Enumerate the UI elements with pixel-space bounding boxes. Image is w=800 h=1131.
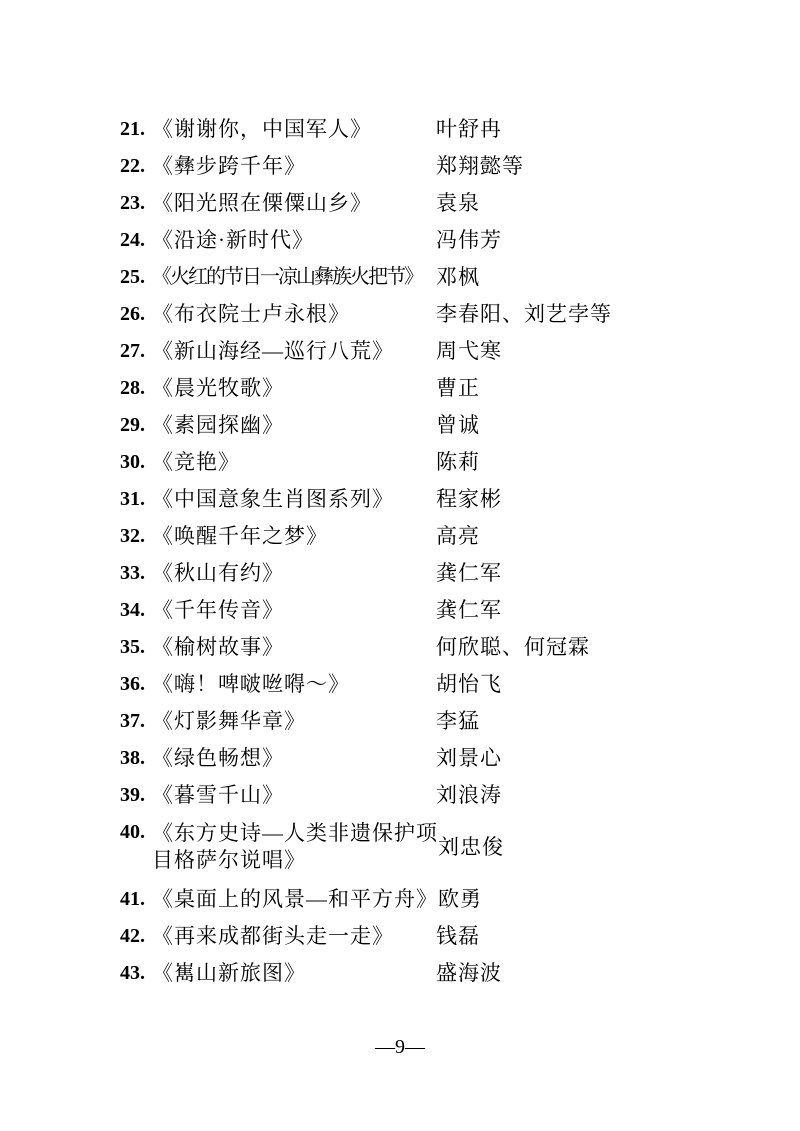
list-item: 22. 《彝步跨千年》 郑翔懿等 — [120, 154, 740, 178]
entry-author: 邓枫 — [436, 265, 480, 289]
entry-title: 《东方史诗—人类非遗保护项 目格萨尔说唱》 — [152, 820, 438, 874]
entry-title: 《谢谢你，中国军人》 — [152, 117, 436, 141]
entry-number: 32. — [120, 524, 152, 548]
entry-author: 刘忠俊 — [438, 835, 504, 859]
entry-author: 李春阳、刘艺孛等 — [436, 302, 612, 326]
list-item-left: 25. 《火红的节日一凉山彝族火把节》 — [120, 265, 436, 289]
list-item-left: 41. 《桌面上的风景—和平方舟》 — [120, 887, 438, 911]
entry-title: 《桌面上的风景—和平方舟》 — [152, 887, 438, 911]
entry-title: 《彝步跨千年》 — [152, 154, 436, 178]
list-item: 34. 《千年传音》 龚仁军 — [120, 598, 740, 622]
list-item-left: 22. 《彝步跨千年》 — [120, 154, 436, 178]
entry-author: 周弋寒 — [436, 339, 502, 363]
page-footer: —9— — [0, 1036, 800, 1059]
entry-author: 程家彬 — [436, 487, 502, 511]
entry-number: 29. — [120, 413, 152, 437]
list-item-left: 34. 《千年传音》 — [120, 598, 436, 622]
list-item: 26. 《布衣院士卢永根》 李春阳、刘艺孛等 — [120, 302, 740, 326]
list-item-left: 24. 《沿途·新时代》 — [120, 228, 436, 252]
entry-title: 《竞艳》 — [152, 450, 436, 474]
list-item: 23. 《阳光照在傈僳山乡》 袁泉 — [120, 191, 740, 215]
entry-author: 何欣聪、何冠霖 — [436, 635, 590, 659]
entry-author: 龚仁军 — [436, 561, 502, 585]
entry-author: 龚仁军 — [436, 598, 502, 622]
entry-number: 41. — [120, 887, 152, 911]
entry-number: 42. — [120, 924, 152, 948]
entry-author: 钱磊 — [436, 924, 480, 948]
entry-number: 26. — [120, 302, 152, 326]
entry-title: 《晨光牧歌》 — [152, 376, 436, 400]
page-number: —9— — [375, 1036, 425, 1059]
entry-title: 《秋山有约》 — [152, 561, 436, 585]
list-item: 30. 《竞艳》 陈莉 — [120, 450, 740, 474]
entry-title: 《新山海经—巡行八荒》 — [152, 339, 436, 363]
entry-number: 30. — [120, 450, 152, 474]
list-item-left: 30. 《竞艳》 — [120, 450, 436, 474]
list-item: 35. 《榆树故事》 何欣聪、何冠霖 — [120, 635, 740, 659]
list-item: 29. 《素园探幽》 曾诚 — [120, 413, 740, 437]
entry-number: 28. — [120, 376, 152, 400]
list-item-left: 35. 《榆树故事》 — [120, 635, 436, 659]
entry-number: 27. — [120, 339, 152, 363]
entry-author: 刘浪涛 — [436, 783, 502, 807]
list-item-left: 40. 《东方史诗—人类非遗保护项 目格萨尔说唱》 — [120, 820, 438, 874]
list-item-left: 32. 《唤醒千年之梦》 — [120, 524, 436, 548]
entry-number: 25. — [120, 265, 152, 289]
entry-number: 35. — [120, 635, 152, 659]
list-item: 43. 《嶲山新旅图》 盛海波 — [120, 961, 740, 985]
list-item-left: 38. 《绿色畅想》 — [120, 746, 436, 770]
entry-title: 《再来成都街头走一走》 — [152, 924, 436, 948]
list-item: 41. 《桌面上的风景—和平方舟》 欧勇 — [120, 887, 740, 911]
entry-title: 《素园探幽》 — [152, 413, 436, 437]
entry-author: 陈莉 — [436, 450, 480, 474]
entry-number: 36. — [120, 672, 152, 696]
list-item: 33. 《秋山有约》 龚仁军 — [120, 561, 740, 585]
entry-title: 《千年传音》 — [152, 598, 436, 622]
list-item: 32. 《唤醒千年之梦》 高亮 — [120, 524, 740, 548]
list-item: 36. 《嗨！啤啵咝嘚～》 胡怡飞 — [120, 672, 740, 696]
list-item-left: 36. 《嗨！啤啵咝嘚～》 — [120, 672, 436, 696]
entry-title: 《唤醒千年之梦》 — [152, 524, 436, 548]
entry-author: 李猛 — [436, 709, 480, 733]
list-item-left: 28. 《晨光牧歌》 — [120, 376, 436, 400]
list-item: 27. 《新山海经—巡行八荒》 周弋寒 — [120, 339, 740, 363]
list-item-left: 23. 《阳光照在傈僳山乡》 — [120, 191, 436, 215]
entry-author: 盛海波 — [436, 961, 502, 985]
entry-title: 《沿途·新时代》 — [152, 228, 436, 252]
entry-title: 《灯影舞华章》 — [152, 709, 436, 733]
entry-number: 23. — [120, 191, 152, 215]
entry-title: 《暮雪千山》 — [152, 783, 436, 807]
list-item: 28. 《晨光牧歌》 曹正 — [120, 376, 740, 400]
entry-author: 曾诚 — [436, 413, 480, 437]
entry-title: 《榆树故事》 — [152, 635, 436, 659]
entry-number: 31. — [120, 487, 152, 511]
entry-author: 袁泉 — [436, 191, 480, 215]
list-item-left: 33. 《秋山有约》 — [120, 561, 436, 585]
entry-author: 欧勇 — [438, 887, 482, 911]
entry-title: 《火红的节日一凉山彝族火把节》 — [152, 265, 436, 289]
list-item: 21. 《谢谢你，中国军人》 叶舒冉 — [120, 117, 740, 141]
list-item-left: 27. 《新山海经—巡行八荒》 — [120, 339, 436, 363]
list-item-left: 21. 《谢谢你，中国军人》 — [120, 117, 436, 141]
entry-title: 《嶲山新旅图》 — [152, 961, 436, 985]
artwork-list: 21. 《谢谢你，中国军人》 叶舒冉 22. 《彝步跨千年》 郑翔懿等 23. … — [120, 117, 740, 998]
list-item-left: 43. 《嶲山新旅图》 — [120, 961, 436, 985]
list-item: 25. 《火红的节日一凉山彝族火把节》 邓枫 — [120, 265, 740, 289]
list-item: 31. 《中国意象生肖图系列》 程家彬 — [120, 487, 740, 511]
list-item-left: 42. 《再来成都街头走一走》 — [120, 924, 436, 948]
entry-title: 《嗨！啤啵咝嘚～》 — [152, 672, 436, 696]
list-item-left: 31. 《中国意象生肖图系列》 — [120, 487, 436, 511]
entry-title: 《中国意象生肖图系列》 — [152, 487, 436, 511]
entry-author: 曹正 — [436, 376, 480, 400]
list-item-left: 37. 《灯影舞华章》 — [120, 709, 436, 733]
entry-number: 34. — [120, 598, 152, 622]
document-page: 21. 《谢谢你，中国军人》 叶舒冉 22. 《彝步跨千年》 郑翔懿等 23. … — [0, 0, 800, 1131]
entry-number: 33. — [120, 561, 152, 585]
entry-author: 刘景心 — [436, 746, 502, 770]
entry-number: 39. — [120, 783, 152, 807]
entry-author: 高亮 — [436, 524, 480, 548]
entry-author: 郑翔懿等 — [436, 154, 524, 178]
list-item: 24. 《沿途·新时代》 冯伟芳 — [120, 228, 740, 252]
list-item-left: 26. 《布衣院士卢永根》 — [120, 302, 436, 326]
list-item-left: 29. 《素园探幽》 — [120, 413, 436, 437]
list-item: 38. 《绿色畅想》 刘景心 — [120, 746, 740, 770]
entry-number: 43. — [120, 961, 152, 985]
list-item: 37. 《灯影舞华章》 李猛 — [120, 709, 740, 733]
entry-number: 24. — [120, 228, 152, 252]
entry-number: 22. — [120, 154, 152, 178]
list-item: 42. 《再来成都街头走一走》 钱磊 — [120, 924, 740, 948]
list-item: 40. 《东方史诗—人类非遗保护项 目格萨尔说唱》 刘忠俊 — [120, 820, 740, 874]
entry-number: 40. — [120, 820, 152, 844]
entry-title: 《布衣院士卢永根》 — [152, 302, 436, 326]
entry-number: 21. — [120, 117, 152, 141]
entry-number: 38. — [120, 746, 152, 770]
list-item: 39. 《暮雪千山》 刘浪涛 — [120, 783, 740, 807]
entry-author: 叶舒冉 — [436, 117, 502, 141]
entry-author: 胡怡飞 — [436, 672, 502, 696]
entry-title: 《阳光照在傈僳山乡》 — [152, 191, 436, 215]
entry-title: 《绿色畅想》 — [152, 746, 436, 770]
entry-number: 37. — [120, 709, 152, 733]
list-item-left: 39. 《暮雪千山》 — [120, 783, 436, 807]
entry-author: 冯伟芳 — [436, 228, 502, 252]
